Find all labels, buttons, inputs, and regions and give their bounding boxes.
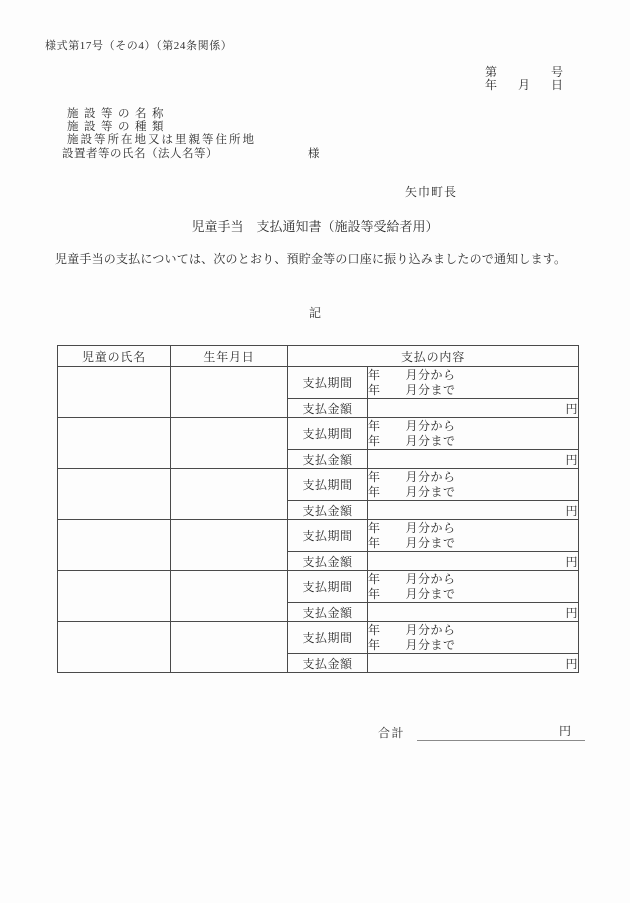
period-label: 支払期間 [288,469,368,501]
ki-marker: 記 [0,304,630,321]
birth-date-cell [171,418,288,469]
facility-type-label: 施設等の種類 [62,121,320,134]
birth-date-cell [171,571,288,622]
amount-value-cell: 円 [368,450,579,469]
period-value-cell: 年 月分から 年 月分まで [368,520,579,552]
amount-value-cell: 円 [368,399,579,418]
date-year-label: 年 [485,76,497,93]
period-value-cell: 年 月分から 年 月分まで [368,469,579,501]
founder-name-label: 設置者等の氏名（法人名等） [62,148,218,161]
total-label: 合計 [378,724,405,741]
document-page: 様式第17号（その4）（第24条関係） 第 号 年 月 日 施設等の名称 施設等… [0,0,630,903]
amount-value-cell: 円 [368,501,579,520]
period-label: 支払期間 [288,571,368,603]
period-value-cell: 年 月分から 年 月分まで [368,571,579,603]
child-name-cell [58,571,171,622]
amount-label: 支払金額 [288,552,368,571]
payment-table: 児童の氏名 生年月日 支払の内容 支払期間 年 月分から 年 月分まで 支払金額… [57,345,579,673]
table-row-period: 支払期間 年 月分から 年 月分まで [58,367,579,399]
period-to-line: 年 月分まで [368,434,578,449]
table-header-row: 児童の氏名 生年月日 支払の内容 [58,346,579,367]
recipient-block: 施設等の名称 施設等の種類 施設等所在地又は里親等住所地 設置者等の氏名（法人名… [62,108,320,161]
document-title: 児童手当 支払通知書（施設等受給者用） [0,216,630,235]
facility-address-label: 施設等所在地又は里親等住所地 [62,134,320,147]
amount-label: 支払金額 [288,450,368,469]
birth-date-cell [171,622,288,673]
period-from-line: 年 月分から [368,572,578,587]
sender-title: 矢巾町長 [405,183,457,200]
period-value-cell: 年 月分から 年 月分まで [368,418,579,450]
amount-label: 支払金額 [288,654,368,673]
payment-table-body: 支払期間 年 月分から 年 月分まで 支払金額 円 支払期間 年 月分から 年 … [58,367,579,673]
period-value-cell: 年 月分から 年 月分まで [368,367,579,399]
child-name-cell [58,622,171,673]
period-from-line: 年 月分から [368,521,578,536]
child-name-cell [58,520,171,571]
honorific-sama: 様 [308,148,320,161]
period-label: 支払期間 [288,367,368,399]
header-child-name: 児童の氏名 [58,346,171,367]
period-from-line: 年 月分から [368,419,578,434]
notice-body: 児童手当の支払については、次のとおり、預貯金等の口座に振り込みましたので通知しま… [55,250,595,267]
founder-name-line: 設置者等の氏名（法人名等） 様 [62,148,320,161]
amount-label: 支払金額 [288,603,368,622]
period-label: 支払期間 [288,520,368,552]
total-row: 合計 円 [378,722,585,741]
amount-value-cell: 円 [368,552,579,571]
table-row-period: 支払期間 年 月分から 年 月分まで [58,418,579,450]
period-label: 支払期間 [288,622,368,654]
table-row-period: 支払期間 年 月分から 年 月分まで [58,622,579,654]
doc-date-line: 年 月 日 [485,76,563,93]
date-day-label: 日 [551,76,563,93]
total-unit: 円 [559,724,571,738]
amount-value-cell: 円 [368,603,579,622]
period-from-line: 年 月分から [368,470,578,485]
total-amount-line: 円 [417,722,585,741]
header-birth-date: 生年月日 [171,346,288,367]
table-row-period: 支払期間 年 月分から 年 月分まで [58,571,579,603]
child-name-cell [58,469,171,520]
date-month-label: 月 [518,76,530,93]
birth-date-cell [171,520,288,571]
period-value-cell: 年 月分から 年 月分まで [368,622,579,654]
table-row-period: 支払期間 年 月分から 年 月分まで [58,469,579,501]
form-number: 様式第17号（その4）（第24条関係） [45,37,232,53]
period-to-line: 年 月分まで [368,383,578,398]
table-row-period: 支払期間 年 月分から 年 月分まで [58,520,579,552]
facility-name-label: 施設等の名称 [62,108,320,121]
period-label: 支払期間 [288,418,368,450]
header-payment-details: 支払の内容 [288,346,579,367]
period-to-line: 年 月分まで [368,638,578,653]
birth-date-cell [171,469,288,520]
period-from-line: 年 月分から [368,623,578,638]
child-name-cell [58,367,171,418]
child-name-cell [58,418,171,469]
amount-value-cell: 円 [368,654,579,673]
amount-label: 支払金額 [288,501,368,520]
amount-label: 支払金額 [288,399,368,418]
period-from-line: 年 月分から [368,368,578,383]
period-to-line: 年 月分まで [368,485,578,500]
birth-date-cell [171,367,288,418]
period-to-line: 年 月分まで [368,587,578,602]
period-to-line: 年 月分まで [368,536,578,551]
